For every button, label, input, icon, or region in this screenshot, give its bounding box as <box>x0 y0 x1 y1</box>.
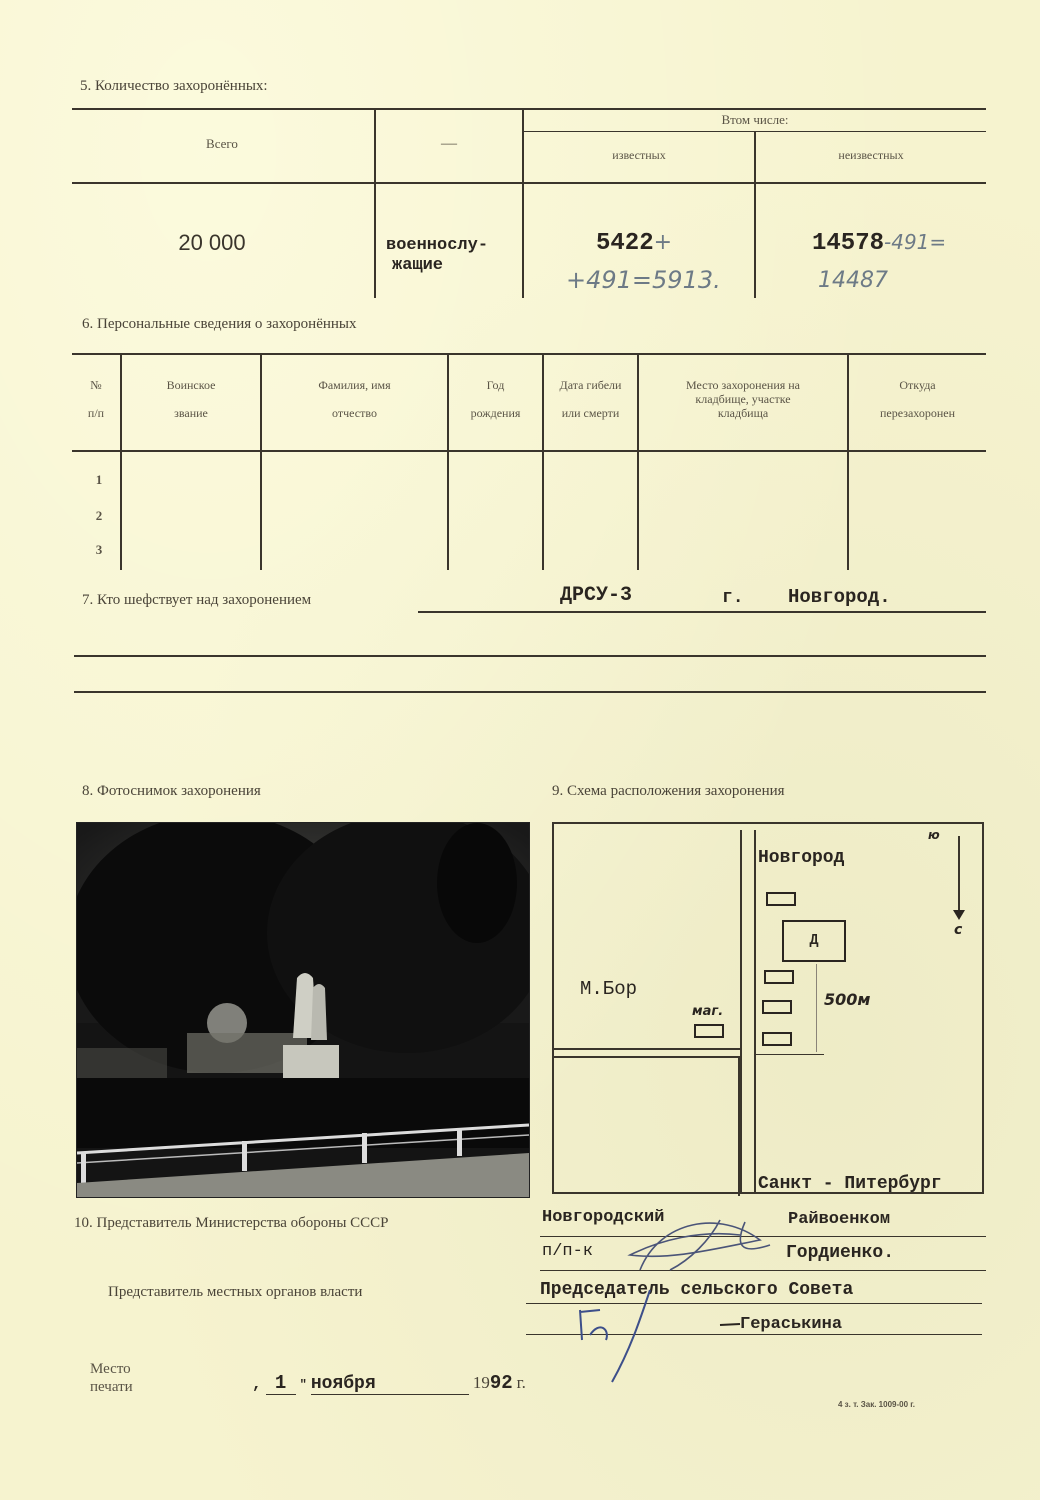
table5-header-bottom-border <box>72 182 986 184</box>
col-header-reburied-from: Откуда перезахоронен <box>849 378 986 421</box>
section-10-mo-label: 10. Представитель Министерства обороны С… <box>74 1215 389 1232</box>
col-header-name: Фамилия, имя отчество <box>262 378 447 421</box>
section-10-local-label: Представитель местных органов власти <box>108 1284 362 1301</box>
section-6-title: 6. Персональные сведения о захоронённых <box>82 316 357 333</box>
compass-arrow-icon <box>958 836 960 914</box>
distance-baseline <box>754 1054 824 1055</box>
unknown-minus: -491= <box>884 230 946 254</box>
burial-photo <box>76 822 530 1198</box>
side-road-top <box>554 1048 742 1050</box>
building <box>762 1032 792 1046</box>
patron-org: ДРСУ-3 <box>560 584 632 607</box>
mo-org-b: Райвоенком <box>788 1210 890 1229</box>
compass-arrowhead-icon <box>953 910 965 920</box>
total-value: 20 000 <box>72 230 352 256</box>
label-novgorod: Новгород <box>758 848 844 868</box>
section-5-title: 5. Количество захоронённых: <box>80 78 268 95</box>
table-row-number: 3 <box>72 542 126 558</box>
label-m-bor: М.Бор <box>580 978 637 1000</box>
road-right-edge <box>754 830 756 1194</box>
category-value: военнослу- жащие <box>386 236 488 276</box>
label-distance: 500м <box>824 990 870 1009</box>
col-header-birth-year: Год рождения <box>449 378 542 421</box>
category-line-2: жащие <box>386 256 488 276</box>
compass-north: с <box>954 922 962 938</box>
known-correction: +491=5913. <box>566 266 721 294</box>
header-unknown: неизвестных <box>756 148 986 163</box>
section-9-title: 9. Схема расположения захоронения <box>552 783 785 800</box>
table5-top-border <box>72 108 986 110</box>
known-typed: 5422 <box>596 230 654 257</box>
date-year: 92 <box>490 1372 513 1394</box>
section7-underline <box>418 611 986 613</box>
unknown-typed: 14578 <box>812 230 884 257</box>
monument-box: Д <box>782 920 846 962</box>
section7-blank-line <box>74 691 986 693</box>
distance-arrow <box>816 964 817 1052</box>
category-line-1: военнослу- <box>386 236 488 256</box>
unknown-correction: 14487 <box>818 268 888 293</box>
date-month: ноября <box>311 1374 469 1395</box>
table-row-number: 1 <box>72 472 126 488</box>
col-header-number: № п/п <box>72 378 120 421</box>
known-plus: + <box>654 230 672 255</box>
unknown-value: 14578-491= <box>812 230 946 257</box>
date-field: , 1 " ноября 1992 г. <box>252 1372 526 1395</box>
print-mark: 4 з. т. Зак. 1009-00 г. <box>838 1400 915 1409</box>
header-including: Втом числе: <box>524 112 986 128</box>
monument-photo-icon <box>77 823 529 1197</box>
section-8-title: 8. Фотоснимок захоронения <box>82 783 261 800</box>
section-7-label: 7. Кто шефствует над захоронением <box>82 592 311 609</box>
date-day: 1 <box>266 1372 296 1395</box>
building <box>766 892 796 906</box>
col-header-death-date: Дата гибели или смерти <box>544 378 637 421</box>
patron-city: Новгород. <box>788 586 891 608</box>
header-category: — <box>376 134 522 154</box>
shop-building <box>694 1024 724 1038</box>
patron-city-prefix: г. <box>722 588 744 608</box>
building <box>762 1000 792 1014</box>
stamp-place: Место печати <box>90 1360 133 1396</box>
side-road-bottom <box>554 1056 738 1058</box>
table-row-number: 2 <box>72 508 126 524</box>
compass-south: ю <box>928 828 940 842</box>
signatures-icon <box>570 1200 800 1385</box>
col-header-burial-place: Место захоронения на кладбище, участке к… <box>639 378 847 420</box>
col-header-rank: Воинское звание <box>122 378 260 421</box>
road-left-edge <box>740 830 742 1194</box>
table5-col-divider-2 <box>522 108 524 298</box>
side-road-corner <box>738 1056 740 1196</box>
mo-name: Гордиенко. <box>786 1243 894 1263</box>
building <box>764 970 794 984</box>
section7-blank-line <box>74 655 986 657</box>
header-known: известных <box>524 148 754 163</box>
label-spb: Санкт - Питербург <box>758 1174 942 1194</box>
known-value: 5422+ <box>596 230 672 257</box>
header-total: Всего <box>72 136 372 152</box>
label-shop: маг. <box>692 1004 723 1019</box>
location-scheme: Новгород М.Бор маг. Д 500м ю с Санкт - П… <box>552 822 984 1194</box>
monument-label: Д <box>784 922 844 960</box>
